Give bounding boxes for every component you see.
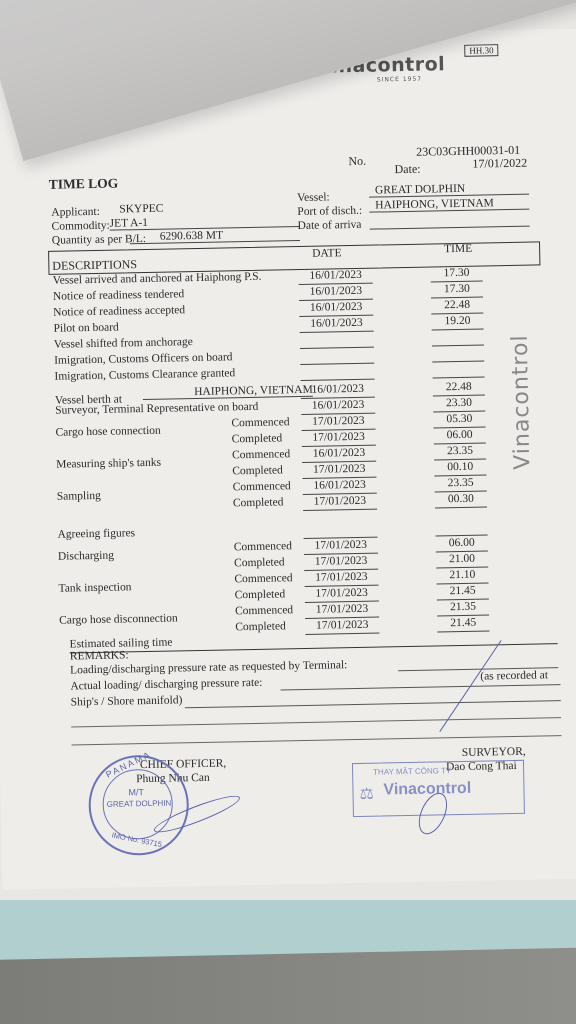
row-stage: Commenced bbox=[235, 604, 293, 617]
row-date: 16/01/2023 bbox=[299, 317, 373, 333]
row-time: 21.10 bbox=[436, 568, 488, 584]
row-time: 21.45 bbox=[437, 584, 489, 600]
row-time: 17.30 bbox=[430, 267, 482, 283]
row-stage: Commenced bbox=[233, 480, 291, 493]
applicant-value: SKYPEC bbox=[119, 203, 163, 216]
row-time: 06.00 bbox=[436, 536, 488, 552]
row-stage: Completed bbox=[232, 464, 283, 477]
row-time: 06.00 bbox=[434, 428, 486, 444]
row-description: Cargo hose connection bbox=[55, 425, 160, 439]
row-date: 17/01/2023 bbox=[302, 431, 376, 447]
row-time bbox=[432, 346, 484, 362]
row-date: 17/01/2023 bbox=[304, 571, 378, 587]
recorded-at: (as recorded at bbox=[480, 669, 548, 682]
blank-line-1 bbox=[71, 717, 561, 727]
row-description: Tank inspection bbox=[58, 581, 131, 594]
quantity-value: 6290.638 MT bbox=[130, 228, 300, 244]
row-stage: Completed bbox=[235, 620, 286, 633]
ship-stamp-name: GREAT DOLPHIN bbox=[107, 799, 172, 809]
port-label: Port of disch.: bbox=[297, 205, 362, 218]
manifold-text: Ship's / Shore manifold) bbox=[71, 694, 183, 708]
row-time bbox=[432, 330, 484, 346]
header-date: DATE bbox=[312, 247, 342, 260]
row-time bbox=[432, 362, 484, 378]
scale-icon: ⚖ bbox=[359, 784, 374, 804]
surveyor-name: Dao Cong Thai bbox=[446, 760, 517, 773]
pressure-actual-line bbox=[281, 684, 561, 690]
manifold-line bbox=[185, 700, 561, 708]
row-date: 16/01/2023 bbox=[302, 447, 376, 463]
ship-stamp: PANAMA M/T GREAT DOLPHIN IMO No: 93715 bbox=[88, 754, 190, 856]
page-title: TIME LOG bbox=[49, 175, 119, 192]
row-stage: Commenced bbox=[232, 448, 290, 461]
row-description: Notice of readiness tendered bbox=[53, 288, 184, 303]
row-date bbox=[300, 365, 374, 381]
row-time bbox=[435, 520, 487, 536]
row-time: 00.10 bbox=[434, 460, 486, 476]
company-stamp-name: Vinacontrol bbox=[383, 780, 471, 800]
row-date bbox=[300, 333, 374, 349]
row-description: Notice of readiness accepted bbox=[53, 304, 185, 319]
row-time: 21.45 bbox=[437, 616, 489, 632]
vessel-value: GREAT DOLPHIN bbox=[369, 182, 529, 198]
row-stage: Commenced bbox=[234, 572, 292, 585]
row-description: Vessel shifted from anchorage bbox=[54, 336, 193, 351]
row-time: 23.30 bbox=[433, 396, 485, 412]
company-stamp-top: THAY MẶT CÔNG TY bbox=[373, 766, 451, 776]
row-date: 17/01/2023 bbox=[301, 415, 375, 431]
row-time: 23.35 bbox=[434, 476, 486, 492]
pressure-actual: Actual loading/ discharging pressure rat… bbox=[70, 677, 262, 693]
date-value: 17/01/2022 bbox=[472, 156, 527, 172]
row-description: Imigration, Customs Officers on board bbox=[54, 351, 233, 366]
row-description: Cargo hose disconnection bbox=[59, 612, 178, 626]
row-date bbox=[300, 349, 374, 365]
blank-line-2 bbox=[72, 735, 562, 745]
row-time: 19.20 bbox=[431, 315, 483, 331]
row-description: Vessel arrived and anchored at Haiphong … bbox=[53, 271, 262, 287]
commodity-label: Commodity: bbox=[51, 220, 109, 233]
row-date: 16/01/2023 bbox=[298, 269, 372, 285]
row-date: 17/01/2023 bbox=[304, 539, 378, 555]
row-time: 22.48 bbox=[433, 380, 485, 396]
row-description: Measuring ship's tanks bbox=[56, 457, 161, 471]
row-date: 17/01/2023 bbox=[304, 555, 378, 571]
row-time: 23.35 bbox=[434, 444, 486, 460]
row-time: 21.35 bbox=[437, 600, 489, 616]
date-label: Date: bbox=[394, 162, 420, 177]
row-time: 22.48 bbox=[431, 299, 483, 315]
row-date: 17/01/2023 bbox=[305, 587, 379, 603]
row-description: Surveyor, Terminal Representative on boa… bbox=[55, 401, 258, 417]
row-date: 16/01/2023 bbox=[301, 399, 375, 415]
port-value: HAIPHONG, VIETNAM bbox=[369, 197, 529, 213]
row-description: Pilot on board bbox=[53, 322, 118, 335]
row-description: Agreeing figures bbox=[57, 527, 135, 540]
row-time: 17.30 bbox=[431, 283, 483, 299]
arrival-label: Date of arriva bbox=[298, 219, 362, 232]
pressure-requested: Loading/discharging pressure rate as req… bbox=[70, 659, 347, 676]
row-stage: Completed bbox=[235, 588, 286, 601]
arrival-value bbox=[369, 212, 529, 230]
row-stage: Completed bbox=[234, 556, 285, 569]
form-code: HH.30 bbox=[464, 44, 498, 57]
row-stage: Commenced bbox=[234, 540, 292, 553]
row-date: 17/01/2023 bbox=[305, 619, 379, 635]
time-log-document: HH.30 Vinacontrol SINCE 1957 No. 23C03GH… bbox=[0, 28, 576, 889]
row-date: 16/01/2023 bbox=[301, 383, 375, 399]
row-date: 16/01/2023 bbox=[299, 285, 373, 301]
row-time: 00.30 bbox=[435, 492, 487, 508]
row-date: 17/01/2023 bbox=[305, 603, 379, 619]
logo-since: SINCE 1957 bbox=[377, 76, 422, 84]
row-time: 05.30 bbox=[433, 412, 485, 428]
header-descriptions: DESCRIPTIONS bbox=[52, 257, 137, 274]
row-date: 16/01/2023 bbox=[299, 301, 373, 317]
side-watermark: Vinacontrol bbox=[508, 334, 536, 470]
row-description: Imigration, Customs Clearance granted bbox=[54, 367, 235, 382]
vessel-label: Vessel: bbox=[297, 191, 330, 204]
sailing-label: Estimated sailing time bbox=[70, 637, 173, 651]
remarks-label: REMARKS: bbox=[70, 649, 129, 662]
row-description: Discharging bbox=[58, 550, 114, 563]
berth-location: HAIPHONG, VIETNAM bbox=[143, 384, 313, 400]
row-date: 17/01/2023 bbox=[303, 495, 377, 511]
row-stage: Completed bbox=[232, 432, 283, 445]
ship-stamp-mt: M/T bbox=[128, 787, 144, 797]
header-time: TIME bbox=[444, 243, 472, 256]
row-stage: Commenced bbox=[231, 416, 289, 429]
row-date bbox=[303, 523, 377, 539]
row-time: 21.00 bbox=[436, 552, 488, 568]
applicant-label: Applicant: bbox=[51, 206, 100, 219]
surveyor-title: SURVEYOR, bbox=[462, 746, 526, 759]
row-stage: Completed bbox=[233, 496, 284, 509]
row-date: 16/01/2023 bbox=[303, 479, 377, 495]
row-description: Sampling bbox=[57, 490, 101, 503]
no-label: No. bbox=[348, 154, 366, 169]
row-date: 17/01/2023 bbox=[302, 463, 376, 479]
